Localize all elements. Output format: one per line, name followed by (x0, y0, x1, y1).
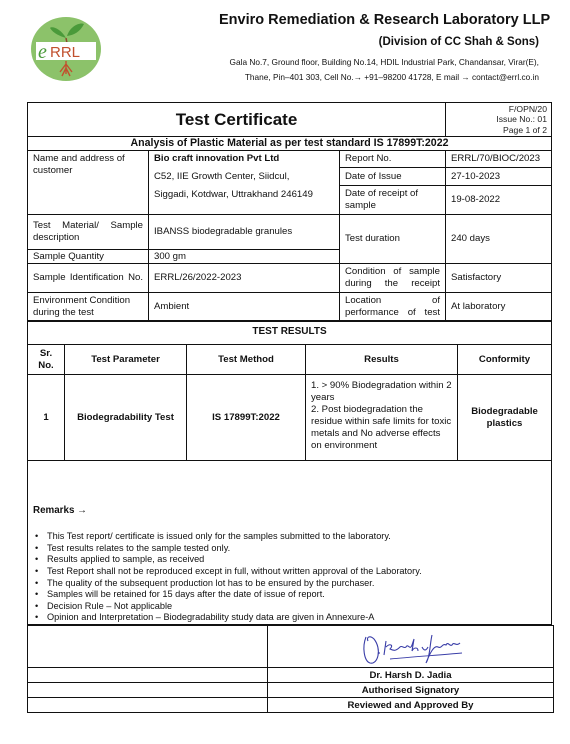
result-item: 2. Post biodegradation the residue withi… (311, 404, 452, 452)
remark-item: Test Report shall not be reproduced exce… (33, 566, 546, 578)
date-of-receipt-label: Date of receipt of sample (340, 186, 446, 215)
form-number: F/OPN/20 (450, 104, 547, 114)
customer-name: Bio craft innovation Pvt Ltd (154, 153, 334, 171)
issue-number: Issue No.: 01 (450, 114, 547, 124)
test-material-value: IBANSS biodegradable granules (149, 215, 340, 250)
sample-id-label: Sample Identification No. (28, 264, 149, 293)
report-no-value: ERRL/70/BIOC/2023 (446, 151, 552, 168)
page-number: Page 1 of 2 (450, 125, 547, 135)
customer-details: Bio craft innovation Pvt Ltd C52, IIE Gr… (149, 151, 340, 215)
signature-table: Dr. Harsh D. Jadia Authorised Signatory … (27, 625, 554, 713)
blank-left (28, 698, 268, 713)
row-conformity: Biodegradable plastics (458, 375, 552, 461)
sample-quantity-label: Sample Quantity (28, 250, 149, 264)
date-of-issue-value: 27-10-2023 (446, 168, 552, 186)
remark-item: This Test report/ certificate is issued … (33, 531, 546, 543)
signatory-role: Authorised Signatory (268, 683, 554, 698)
company-address-line1: Gala No.7, Ground floor, Building No.14,… (230, 57, 539, 67)
row-results: 1. > 90% Biodegradation within 2 years 2… (306, 375, 458, 461)
certificate-title: Test Certificate (28, 103, 446, 137)
row-test-parameter: Biodegradability Test (65, 375, 187, 461)
date-of-issue-label: Date of Issue (340, 168, 446, 186)
remark-item: Test results relates to the sample teste… (33, 543, 546, 555)
test-results-heading: TEST RESULTS (28, 321, 552, 345)
col-header-test-method: Test Method (187, 345, 306, 375)
environment-value: Ambient (149, 293, 340, 322)
certificate-info-table: Test Certificate F/OPN/20 Issue No.: 01 … (27, 102, 552, 322)
blank-left (28, 683, 268, 698)
remark-item: Results applied to sample, as received (33, 554, 546, 566)
location-value: At laboratory (446, 293, 552, 322)
location-label: Location of performance of test (340, 293, 446, 322)
remarks-section: Remarks → This Test report/ certificate … (28, 461, 552, 625)
row-test-method: IS 17899T:2022 (187, 375, 306, 461)
company-name: Enviro Remediation & Research Laboratory… (219, 12, 550, 28)
signature-image (272, 627, 549, 667)
blank-left (28, 668, 268, 683)
remark-item: Samples will be retained for 15 days aft… (33, 589, 546, 601)
remark-item: Decision Rule – Not applicable (33, 601, 546, 613)
remarks-list: This Test report/ certificate is issued … (33, 531, 546, 624)
table-row: 1 Biodegradability Test IS 17899T:2022 1… (28, 375, 552, 461)
company-division: (Division of CC Shah & Sons) (379, 36, 539, 48)
signature-blank-left (28, 626, 268, 668)
row-sr-no: 1 (28, 375, 65, 461)
sample-id-value: ERRL/26/2022-2023 (149, 264, 340, 293)
remarks-title: Remarks → (33, 505, 546, 517)
signatory-approval: Reviewed and Approved By (268, 698, 554, 713)
col-header-test-parameter: Test Parameter (65, 345, 187, 375)
form-meta: F/OPN/20 Issue No.: 01 Page 1 of 2 (446, 103, 552, 137)
col-header-results: Results (306, 345, 458, 375)
condition-value: Satisfactory (446, 264, 552, 293)
svg-text:RRL: RRL (50, 44, 80, 61)
customer-address-line2: Siggadi, Kotdwar, Uttrakhand 246149 (154, 189, 334, 207)
certificate-subtitle: Analysis of Plastic Material as per test… (28, 137, 552, 151)
remark-item: The quality of the subsequent production… (33, 578, 546, 590)
customer-address-line1: C52, IIE Growth Center, Siidcul, (154, 171, 334, 189)
test-results-table: TEST RESULTS Sr. No. Test Parameter Test… (27, 320, 552, 625)
col-header-sr-no: Sr. No. (28, 345, 65, 375)
test-material-label: Test Material/ Sample description (28, 215, 149, 250)
sample-quantity-value: 300 gm (149, 250, 340, 264)
test-duration-label: Test duration (340, 215, 446, 264)
test-duration-value: 240 days (446, 215, 552, 264)
signatory-name: Dr. Harsh D. Jadia (268, 668, 554, 683)
environment-label: Environment Condition during the test (28, 293, 149, 322)
signature-cell (268, 626, 554, 668)
customer-label: Name and address of customer (28, 151, 149, 215)
col-header-conformity: Conformity (458, 345, 552, 375)
report-no-label: Report No. (340, 151, 446, 168)
logo-e: e (38, 41, 47, 63)
remark-item: Opinion and Interpretation – Biodegradab… (33, 612, 546, 624)
result-item: 1. > 90% Biodegradation within 2 years (311, 380, 452, 404)
company-logo: e RRL (30, 16, 102, 82)
date-of-receipt-value: 19-08-2022 (446, 186, 552, 215)
company-address-line2: Thane, Pin–401 303, Cell No.→ +91–98200 … (245, 72, 539, 82)
condition-label: Condition of sample during the receipt (340, 264, 446, 293)
